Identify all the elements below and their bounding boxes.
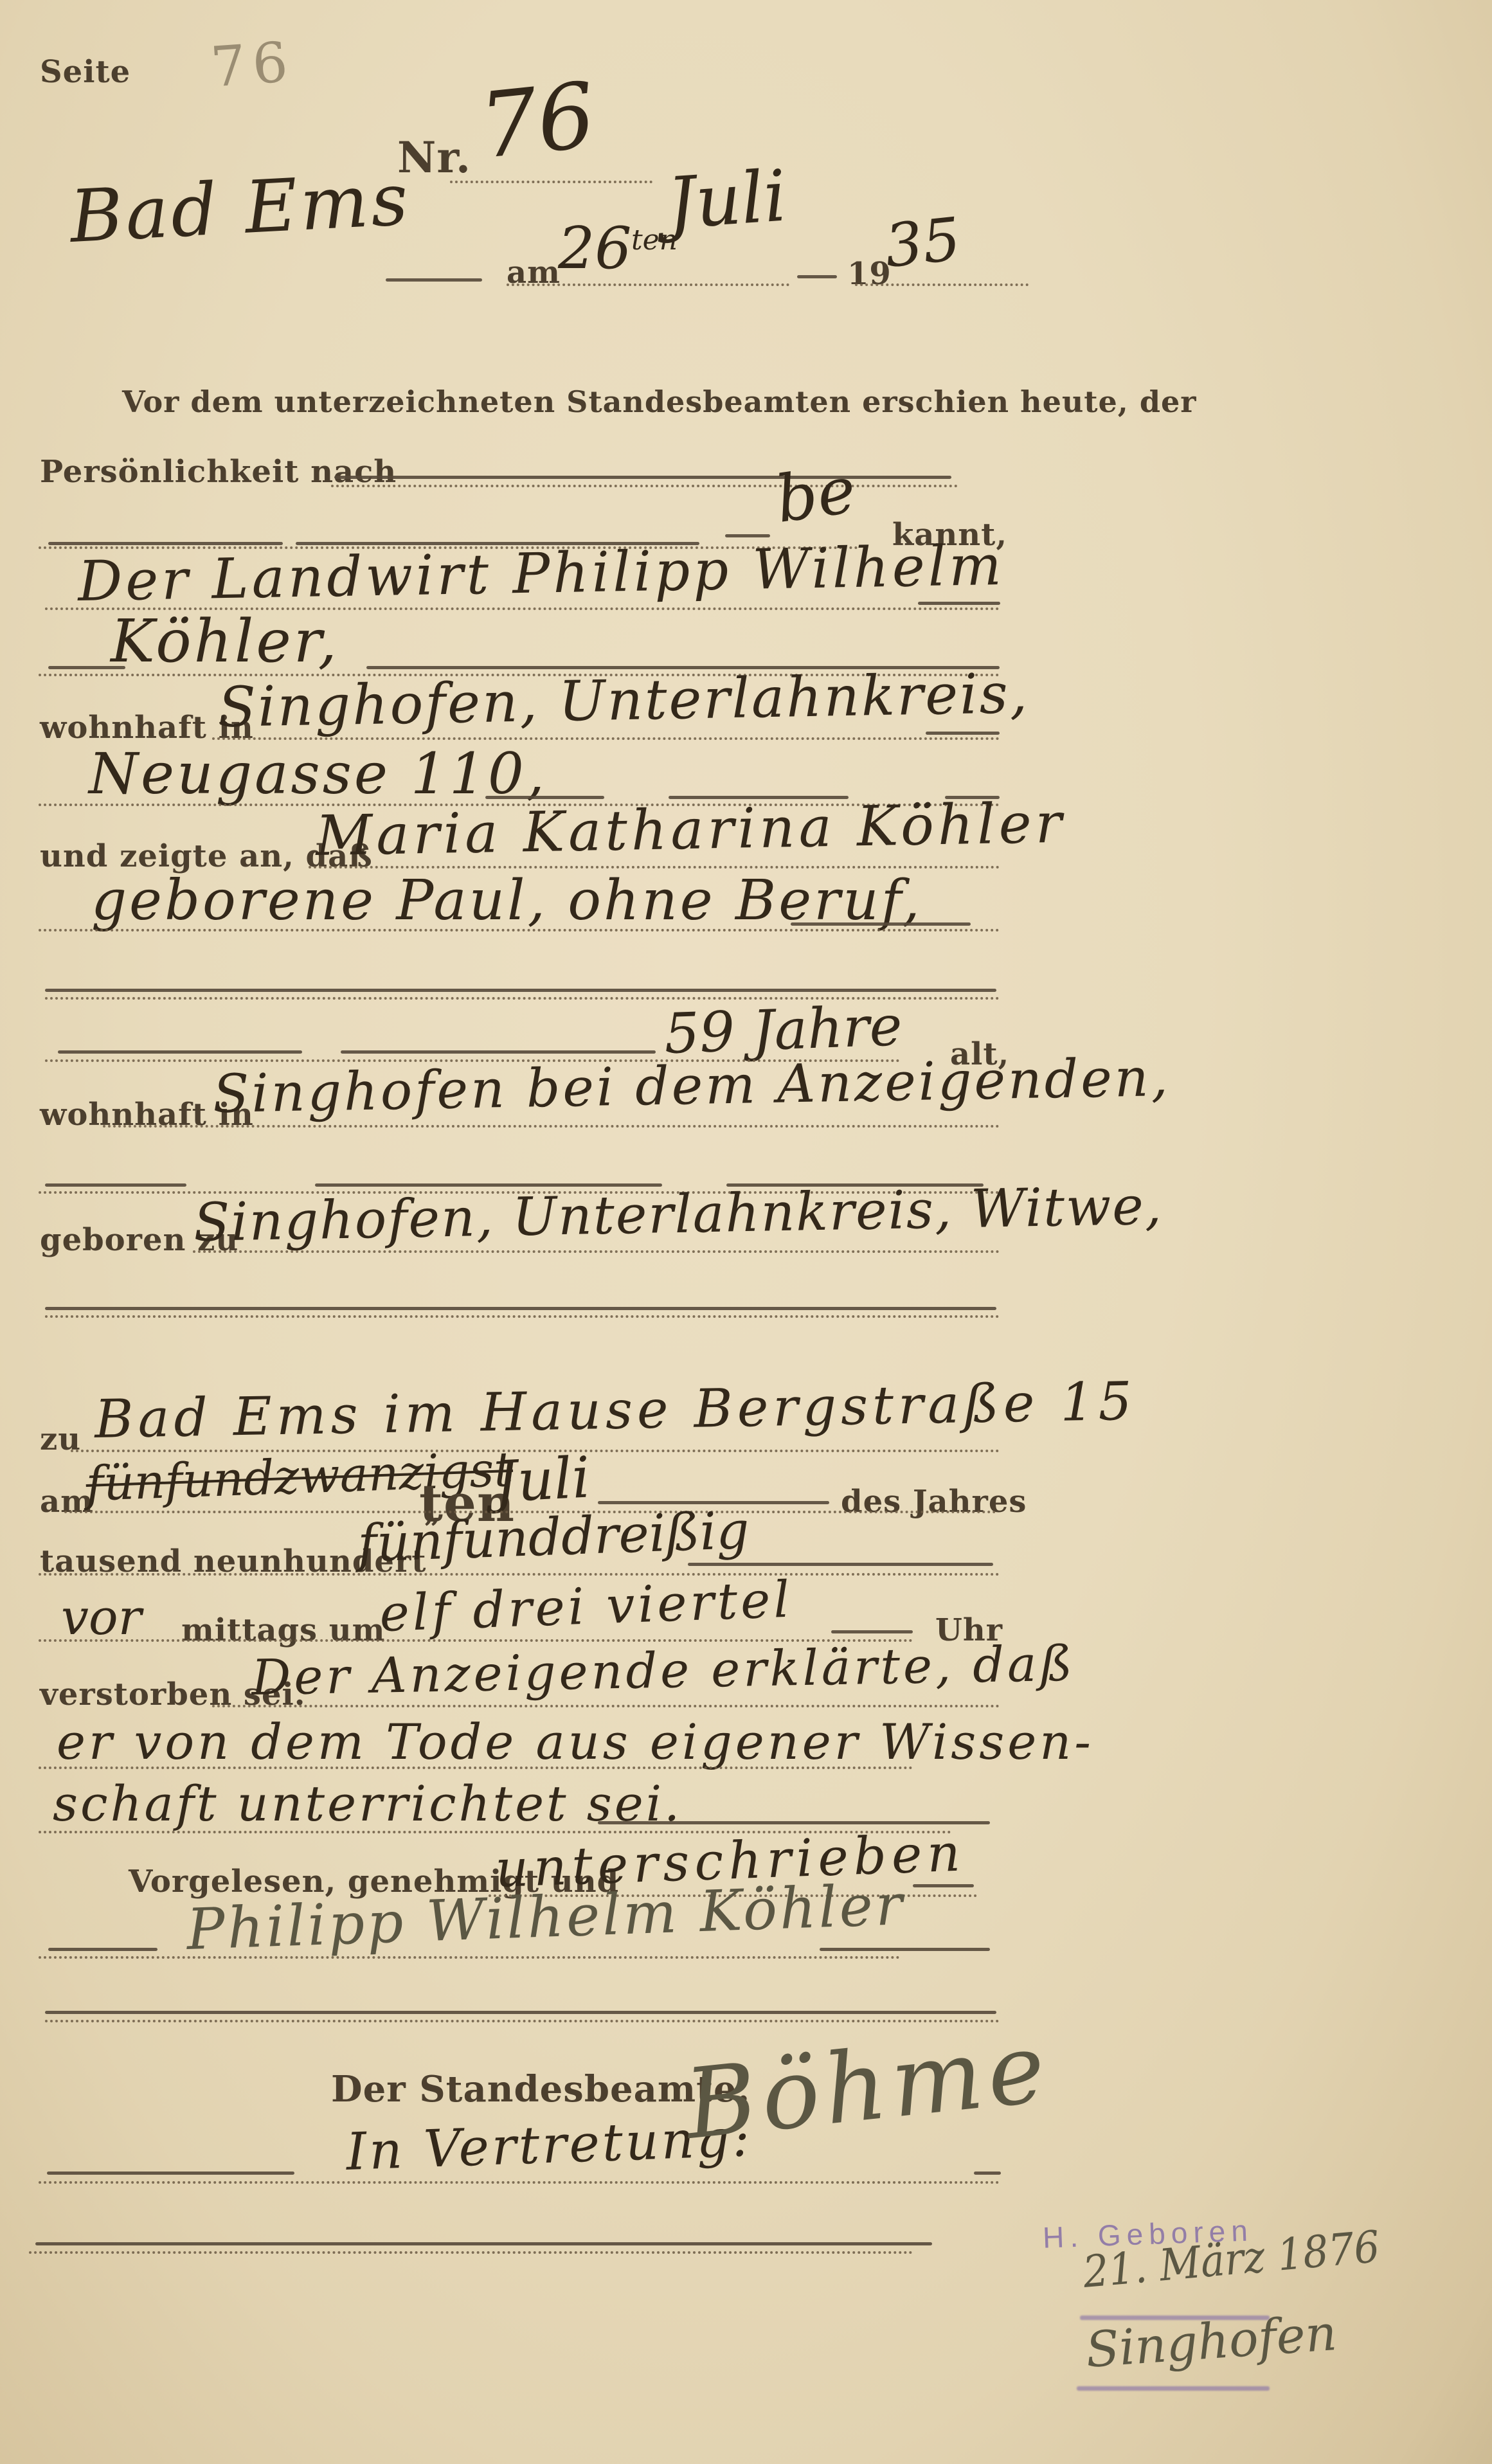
form-rule xyxy=(334,476,951,479)
form-rule xyxy=(913,1884,974,1887)
form-dotted-rule xyxy=(212,1705,1000,1707)
form-dotted-rule xyxy=(507,283,789,286)
death-record-scan: Seite 76 Nr. 76 Bad Ems am 26 ten Juli 1… xyxy=(0,0,1492,2464)
form-dotted-rule xyxy=(45,1315,1000,1318)
intro-line: Vor dem unterzeichneten Standesbeamten e… xyxy=(122,387,1197,417)
form-rule xyxy=(831,1630,913,1633)
form-rule xyxy=(820,1948,990,1951)
form-rule xyxy=(688,1563,993,1566)
registrar-signature: Böhme xyxy=(681,2019,1054,2154)
form-rule xyxy=(725,534,770,537)
form-dotted-rule xyxy=(212,737,1000,740)
death-date-month-entry: Juli xyxy=(493,1449,591,1511)
page-side-label: Seite xyxy=(40,57,130,87)
form-dotted-rule xyxy=(39,1573,1000,1576)
form-rule xyxy=(974,2172,1001,2175)
form-dotted-rule xyxy=(45,2020,1000,2022)
bekannt-entry: be xyxy=(772,458,859,532)
form-dotted-rule xyxy=(29,2251,913,2254)
form-dotted-rule xyxy=(450,181,652,183)
form-dotted-rule xyxy=(331,485,958,487)
form-rule xyxy=(48,542,283,545)
form-rule xyxy=(797,275,837,278)
form-dotted-rule xyxy=(39,1956,900,1959)
form-rule xyxy=(485,796,604,799)
form-dotted-rule xyxy=(193,1250,1000,1253)
declaration-line1: Der Anzeigende erklärte, daß xyxy=(251,1639,1076,1702)
residence-street-entry: Neugasse 110, xyxy=(89,746,547,802)
death-place-entry: Bad Ems im Hause Bergstraße 15 xyxy=(94,1376,1137,1446)
form-rule xyxy=(45,989,996,992)
identity-label: Persönlichkeit nach xyxy=(40,456,397,487)
form-dotted-rule xyxy=(39,929,1000,931)
form-rule xyxy=(48,1948,157,1951)
residence-entry: Singhofen, Unterlahnkreis, xyxy=(217,666,1029,735)
declarant-name-line2: Köhler, xyxy=(111,612,339,671)
declaration-line2: er von dem Tode aus eigener Wissen- xyxy=(57,1718,1094,1767)
date-day-entry: 26 xyxy=(558,220,632,278)
declaration-line3: schaft unterrichtet sei. xyxy=(53,1779,682,1828)
birthplace-entry: Singhofen, Unterlahnkreis, Witwe, xyxy=(193,1180,1164,1250)
deceased-residence-entry: Singhofen bei dem Anzeigenden, xyxy=(213,1052,1171,1121)
form-rule xyxy=(341,1050,656,1054)
place-entry: Bad Ems xyxy=(68,163,412,253)
form-rule xyxy=(58,1050,302,1054)
form-rule xyxy=(35,2242,932,2245)
stamp-underline xyxy=(1077,2386,1270,2391)
time-entry: elf drei viertel xyxy=(379,1575,793,1639)
time-vor-entry: vor xyxy=(61,1593,141,1642)
form-rule xyxy=(386,278,482,282)
form-dotted-rule xyxy=(855,283,1029,286)
deceased-maiden-entry: geborene Paul, ohne Beruf, xyxy=(91,873,922,928)
form-rule xyxy=(45,1307,996,1310)
deceased-name-entry: Maria Katharina Köhler xyxy=(315,796,1066,864)
form-dotted-rule xyxy=(39,1767,913,1769)
death-year-entry: fünfunddreißig xyxy=(357,1505,750,1570)
record-number-entry: 76 xyxy=(476,71,599,172)
form-rule xyxy=(926,732,1000,735)
birth-stamp-place-entry: Singhofen xyxy=(1084,2308,1338,2375)
form-rule xyxy=(918,602,1000,605)
form-rule xyxy=(48,666,125,669)
date-year-entry: 35 xyxy=(882,210,963,276)
form-dotted-rule xyxy=(39,2181,1000,2184)
form-rule xyxy=(45,2011,996,2014)
declarant-name-line1: Der Landwirt Philipp Wilhelm xyxy=(77,538,1005,609)
form-rule xyxy=(45,1183,186,1187)
date-month-entry: Juli xyxy=(665,160,789,239)
form-rule xyxy=(47,2172,294,2175)
page-number-stamp: 76 xyxy=(209,35,296,96)
form-dotted-rule xyxy=(103,1125,1000,1128)
form-rule xyxy=(791,922,971,926)
